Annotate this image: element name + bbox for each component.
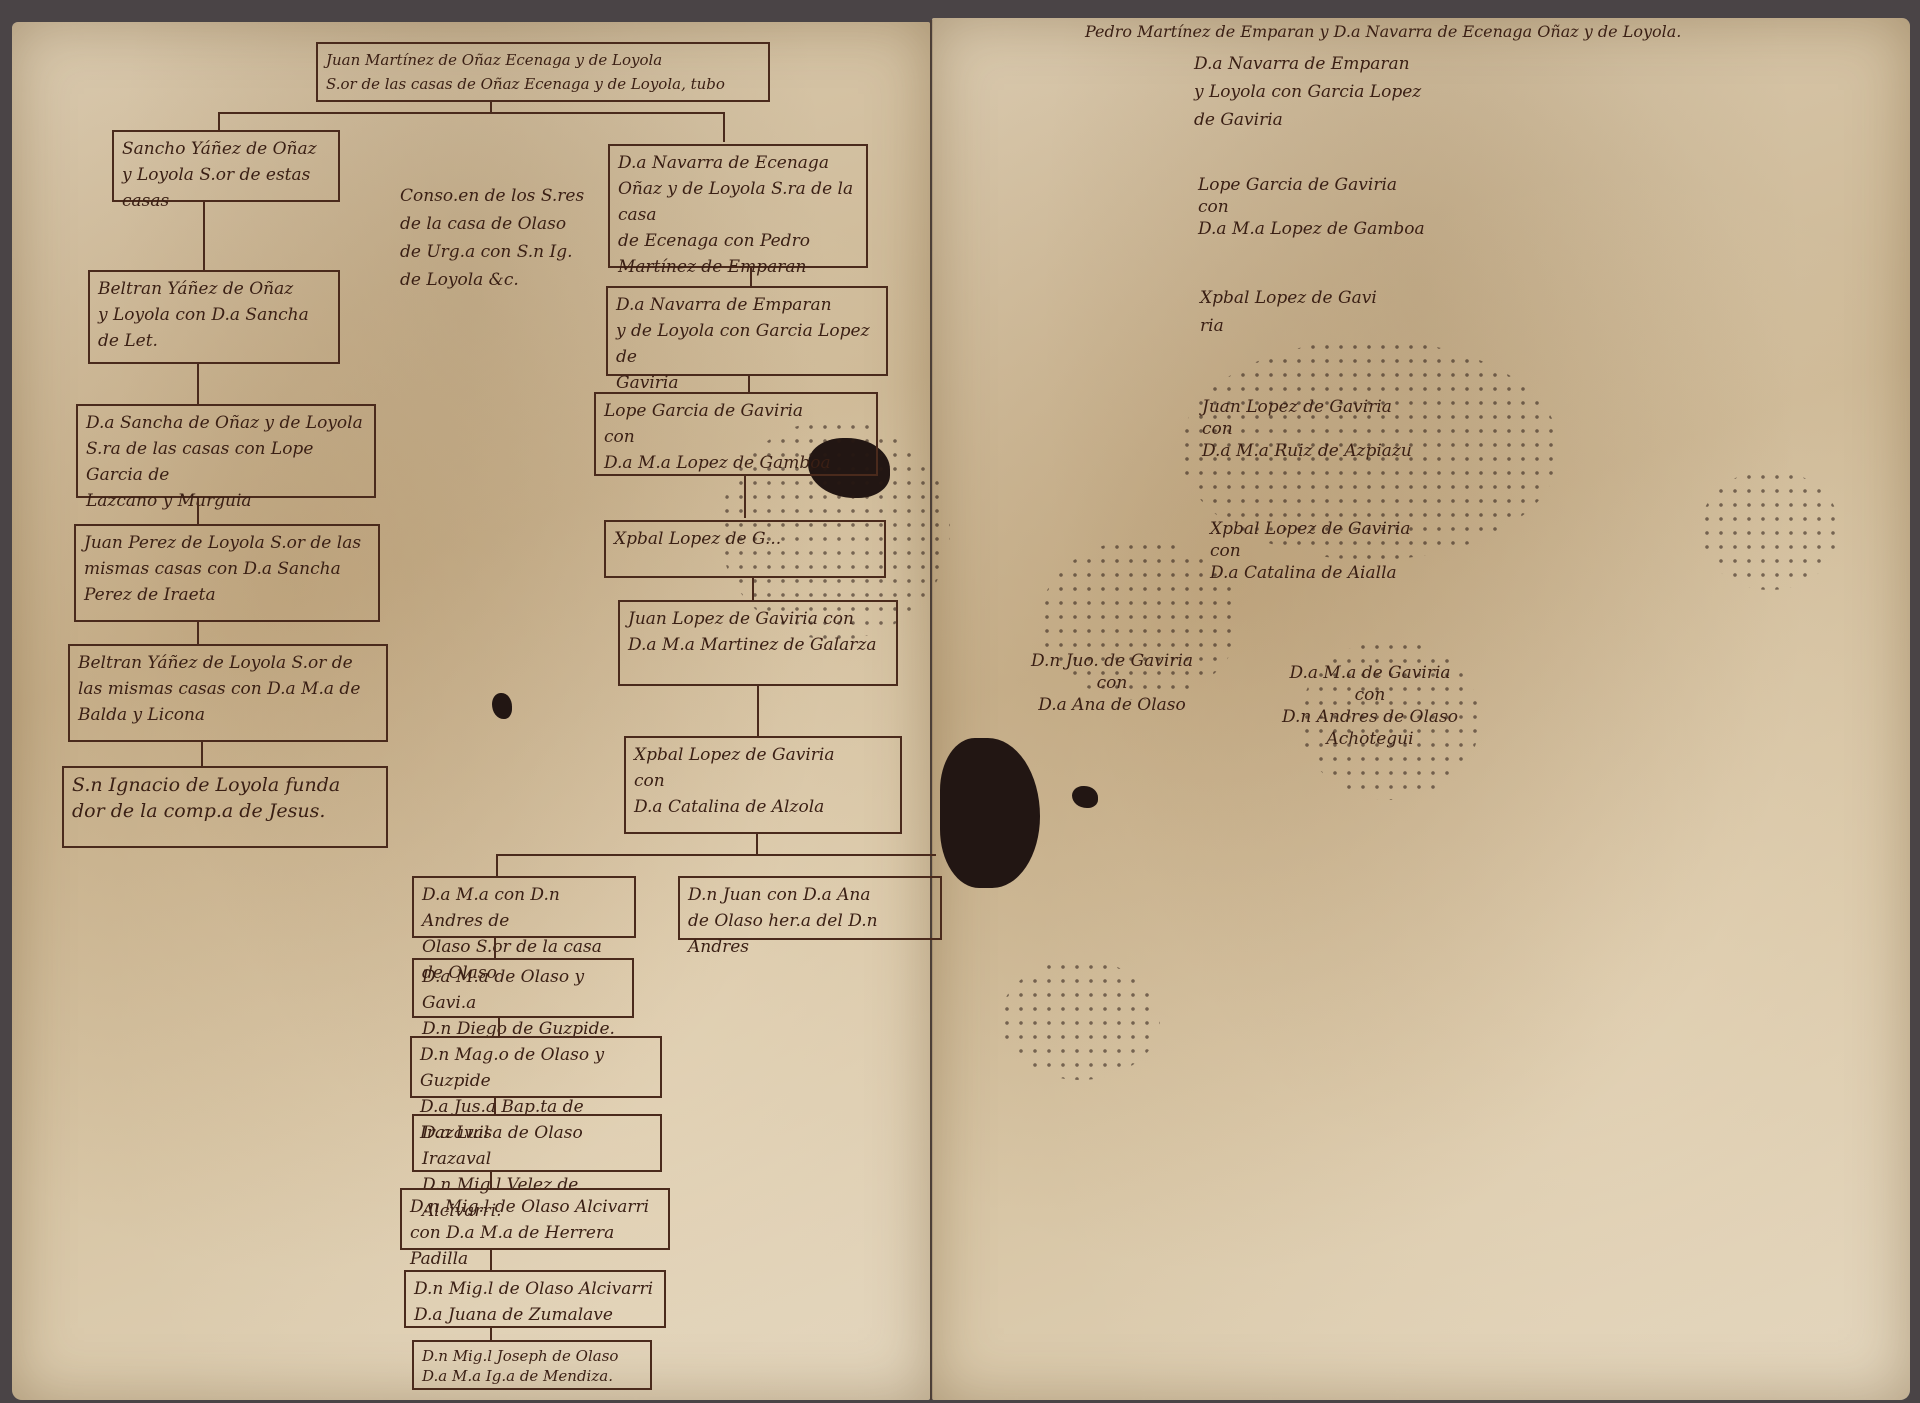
connector-line — [756, 834, 758, 854]
branch-box-1: D.a Navarra de Ecenaga Oñaz y de Loyola … — [608, 144, 868, 268]
lineage-box-5: Beltran Yáñez de Loyola S.or de las mism… — [68, 644, 388, 742]
connector-line — [750, 268, 752, 286]
olaso-box-4: D.a Luisa de Olaso Irazaval D.n Mig.l Ve… — [412, 1114, 662, 1172]
mold-speckles — [1000, 960, 1160, 1080]
right-entry-1: D.a Navarra de Emparan y Loyola con Garc… — [1194, 50, 1454, 134]
branch-box-6: Xpbal Lopez de Gaviria con D.a Catalina … — [624, 736, 902, 834]
right-entry-5: Xpbal Lopez de Gaviria con D.a Catalina … — [1210, 518, 1470, 584]
connector-line — [723, 112, 725, 142]
connector-line — [218, 112, 220, 132]
connector-line — [496, 854, 936, 856]
connector-line — [197, 622, 199, 644]
branch-box-7: D.n Juan con D.a Ana de Olaso her.a del … — [678, 876, 942, 940]
branch-box-4: Xpbal Lopez de G... — [604, 520, 886, 578]
lineage-box-6-ignatius: S.n Ignacio de Loyola funda dor de la co… — [62, 766, 388, 848]
olaso-box-3: D.n Mag.o de Olaso y Guzpide D.a Jus.a B… — [410, 1036, 662, 1098]
ink-blot — [940, 738, 1040, 888]
right-entry-4: Juan Lopez de Gaviria con D.a M.a Ruiz d… — [1202, 396, 1462, 462]
ink-blot — [492, 693, 512, 719]
connector-line — [197, 364, 199, 404]
connector-line — [490, 1250, 492, 1270]
right-entry-7: D.a M.a de Gaviria con D.n Andres de Ola… — [1270, 662, 1470, 750]
right-header-line: Pedro Martínez de Emparan y D.a Navarra … — [1085, 18, 1865, 46]
connector-line — [494, 1098, 496, 1114]
mold-speckles — [1700, 470, 1840, 590]
connector-line — [197, 498, 199, 524]
center-fold — [930, 20, 933, 1400]
consanguinity-note: Conso.en de los S.res de la casa de Olas… — [400, 182, 590, 294]
connector-line — [203, 202, 205, 270]
lineage-box-3: D.a Sancha de Oñaz y de Loyola S.ra de l… — [76, 404, 376, 498]
olaso-box-6: D.n Mig.l de Olaso Alcivarri D.a Juana d… — [404, 1270, 666, 1328]
connector-line — [490, 1328, 492, 1340]
connector-line — [496, 854, 498, 876]
connector-line — [744, 476, 746, 518]
branch-box-2: D.a Navarra de Emparan y de Loyola con G… — [606, 286, 888, 376]
connector-line — [494, 938, 496, 958]
olaso-box-7: D.n Mig.l Joseph de Olaso D.a M.a Ig.a d… — [412, 1340, 652, 1390]
connector-line — [498, 1018, 500, 1036]
right-entry-3: Xpbal Lopez de Gavi ria — [1200, 284, 1420, 340]
lineage-box-1: Sancho Yáñez de Oñaz y Loyola S.or de es… — [112, 130, 340, 202]
right-entry-2: Lope Garcia de Gaviria con D.a M.a Lopez… — [1198, 174, 1458, 240]
ink-blot — [1072, 786, 1098, 808]
branch-box-5: Juan Lopez de Gaviria con D.a M.a Martin… — [618, 600, 898, 686]
connector-line — [757, 686, 759, 736]
header-box: Juan Martínez de Oñaz Ecenaga y de Loyol… — [316, 42, 770, 102]
olaso-box-1: D.a M.a con D.n Andres de Olaso S.or de … — [412, 876, 636, 938]
connector-line — [748, 376, 750, 392]
olaso-box-2: D.a M.a de Olaso y Gavi.a D.n Diego de G… — [412, 958, 634, 1018]
lineage-box-2: Beltran Yáñez de Oñaz y Loyola con D.a S… — [88, 270, 340, 364]
branch-box-3: Lope Garcia de Gaviria con D.a M.a Lopez… — [594, 392, 878, 476]
lineage-box-4: Juan Perez de Loyola S.or de las mismas … — [74, 524, 380, 622]
right-entry-6: D.n Juo. de Gaviria con D.a Ana de Olaso — [1022, 650, 1202, 716]
connector-line — [490, 1172, 492, 1188]
connector-line — [201, 742, 203, 766]
olaso-box-5: D.n Mig.l de Olaso Alcivarri con D.a M.a… — [400, 1188, 670, 1250]
connector-line — [752, 578, 754, 600]
connector-line — [218, 112, 723, 114]
